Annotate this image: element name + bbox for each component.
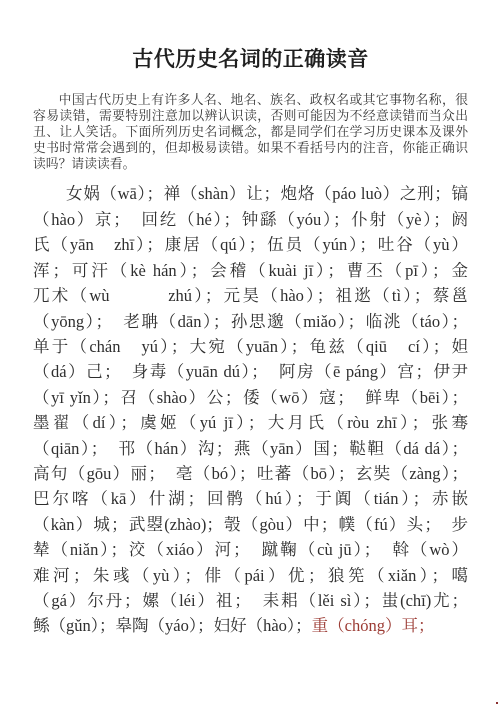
body-line: （kàn）城；武曌(zhào)；彀（gòu）中；幞（fú）头； 步: [33, 512, 468, 537]
intro-paragraph: 中国古代历史上有许多人名、地名、族名、政权名或其它事物名称，很容易读错，需要特别…: [33, 92, 468, 172]
body-line-last: 鲧（gǔn）；皋陶（yáo）；妇好（hào）；重（chóng）耳；: [33, 613, 468, 638]
body-line: 辇（niǎn）；洨（xiáo）河； 蹴鞠（cù jū）； 斡（wò）: [33, 537, 468, 562]
body-line: （dá）己； 身毒（yuān dú）； 阿房（ē páng）宫；伊尹: [33, 359, 468, 384]
body-line: 巴尔喀（kā）什湖；回鹘（hú）；于阗（tián）；赤嵌: [33, 486, 468, 511]
body-line: 氏（yān zhī）；康居（qú）；伍员（yún）；吐谷（yù）: [33, 232, 468, 257]
body-line: 兀术（wù zhú）；元昊（hào）；祖逖（tì）；蔡邕: [33, 283, 468, 308]
body-line: 单于（chán yú）；大宛（yuān）；龟兹（qiū cí）；妲: [33, 334, 468, 359]
body-line: （yī yǐn）；召（shào）公；倭（wō）寇； 鲜卑（bēi）；: [33, 385, 468, 410]
page-title: 古代历史名词的正确读音: [33, 46, 468, 74]
body-line: 女娲（wā）；禅（shàn）让；炮烙（páo luò）之刑；镐: [33, 181, 468, 206]
stray-red-dot: [496, 702, 498, 704]
body-line: （qiān）； 邗（hán）沟；燕（yān）国；鞑靼（dá dá）；: [33, 436, 468, 461]
body-line-last-red-term: 重（chóng）耳；: [312, 616, 435, 635]
body-line: （gá）尔丹；嫘（léi）祖； 耒耜（lěi sì）；蚩(chī)尤；: [33, 588, 468, 613]
body-line: 高句（gōu）丽； 亳（bó）；吐蕃（bō）；玄奘（zàng）；: [33, 461, 468, 486]
body-text: 女娲（wā）；禅（shàn）让；炮烙（páo luò）之刑；镐 （hào）京； …: [33, 181, 468, 638]
body-line: 难河；朱彧（yù）；俳（pái）优；狼筅（xiǎn）；噶: [33, 563, 468, 588]
body-line: 墨翟（dí）；虞姬（yú jī）；大月氏（ròu zhī）；张骞: [33, 410, 468, 435]
body-line: （yōng）； 老聃（dān）；孙思邈（miǎo）；临洮（táo）；: [33, 309, 468, 334]
document-page: 古代历史名词的正确读音 中国古代历史上有许多人名、地名、族名、政权名或其它事物名…: [0, 0, 500, 708]
body-line: 浑；可汗（kè hán）；会稽（kuài jī）；曹丕（pī）；金: [33, 258, 468, 283]
body-line: （hào）京； 回纥（hé）；钟繇（yóu）；仆射（yè）；阏: [33, 207, 468, 232]
body-line-last-black-part: 鲧（gǔn）；皋陶（yáo）；妇好（hào）；: [33, 616, 312, 635]
